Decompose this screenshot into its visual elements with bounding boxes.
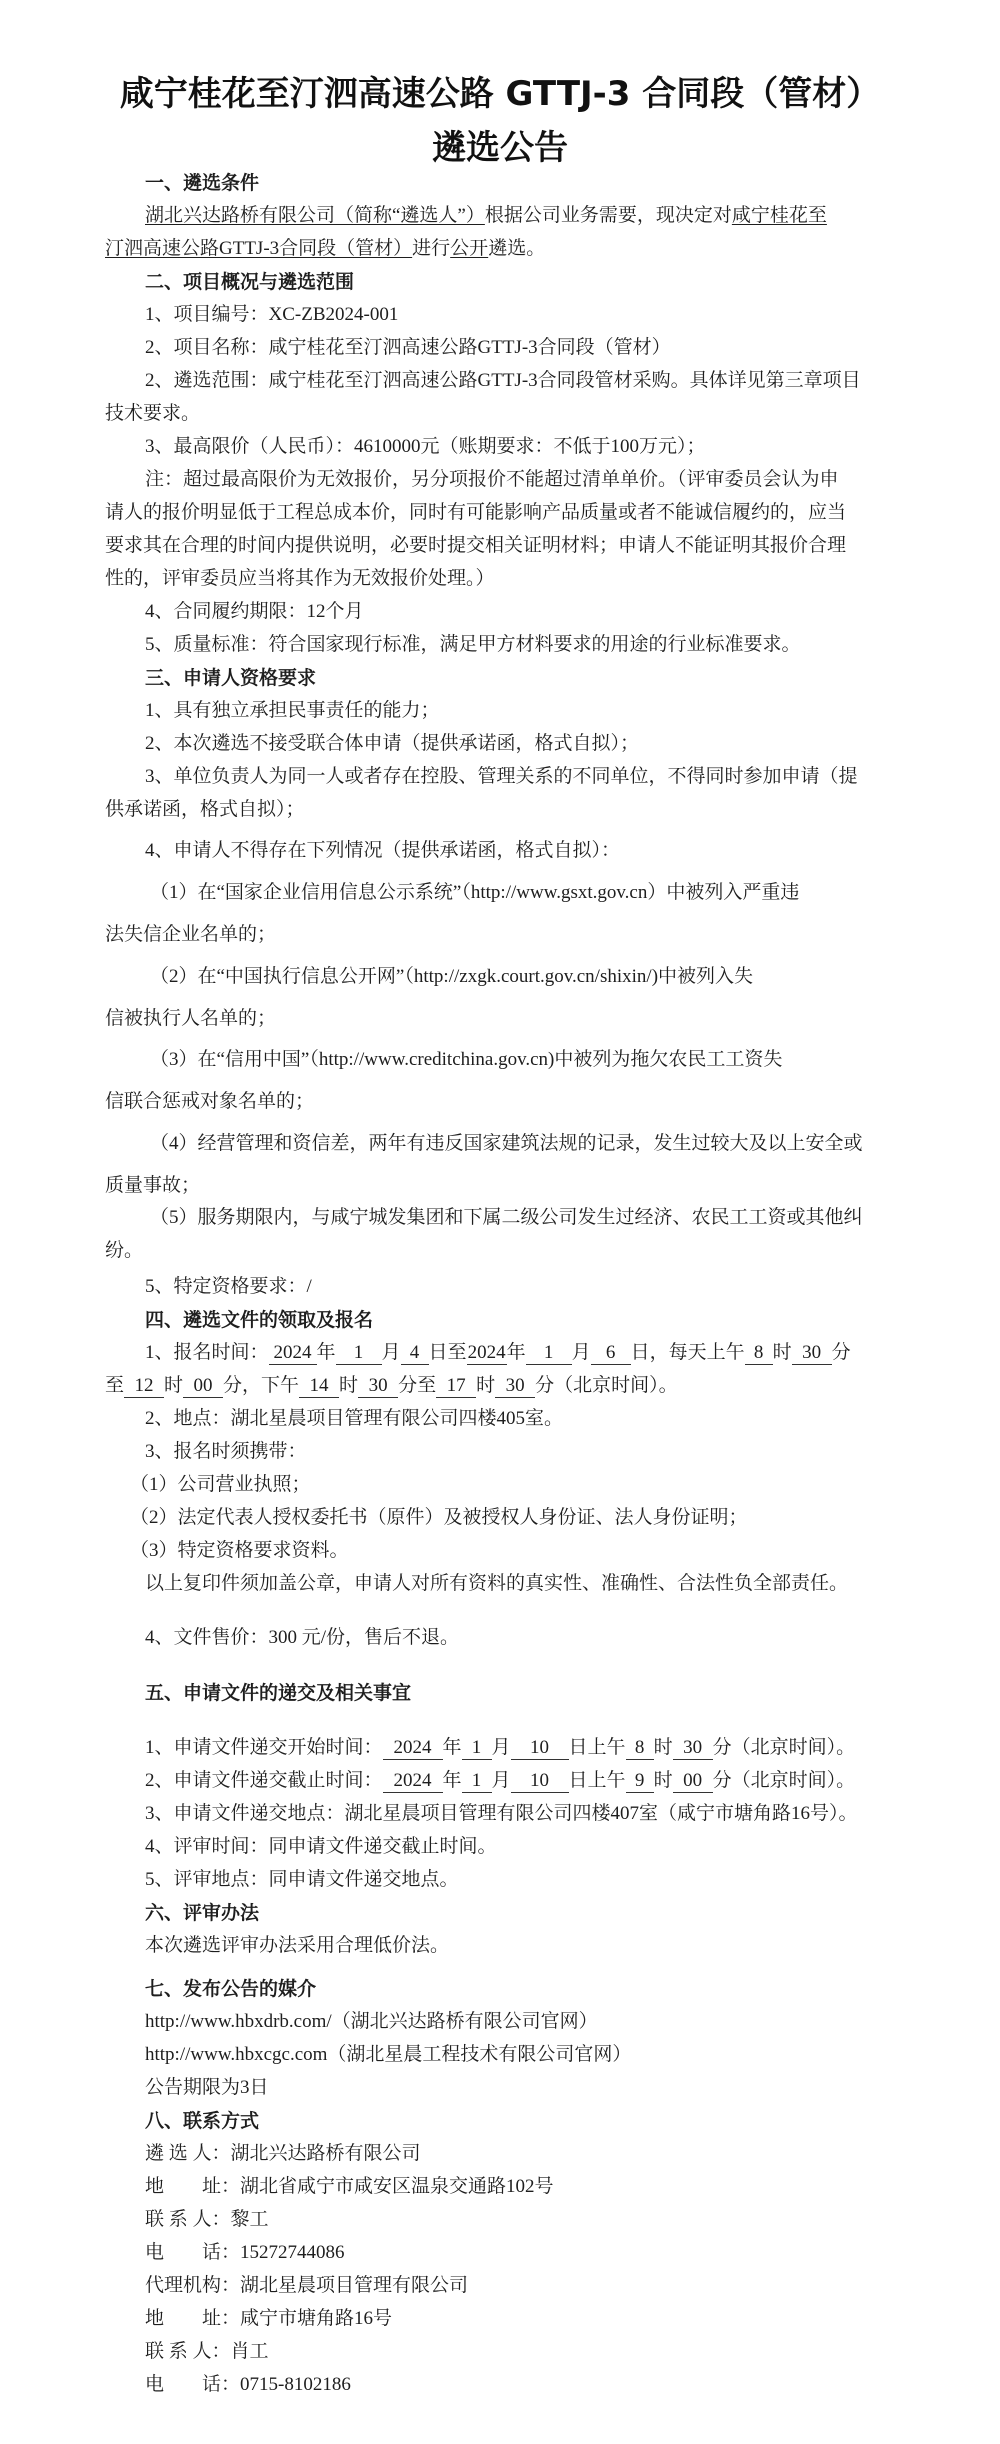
- contact-row: 联 系 人：肖工: [145, 2339, 269, 2365]
- project-name: 2、项目名称：咸宁桂花至汀泗高速公路GTTJ-3合同段（管材）: [145, 335, 671, 361]
- static-text: 月: [572, 1342, 591, 1363]
- reg-start-year: 2024: [269, 1342, 317, 1365]
- static-text: 分（北京时间）。: [713, 1737, 856, 1758]
- section-7-heading: 七、发布公告的媒介: [145, 1976, 316, 2002]
- contact-row: 地 址：湖北省咸宁市咸安区温泉交通路102号: [145, 2174, 554, 2200]
- contact-row: 电 话：15272744086: [145, 2240, 345, 2266]
- static-text: 时: [654, 1737, 673, 1758]
- reg-start-month: 1: [336, 1342, 382, 1365]
- review-location: 5、评审地点：同申请文件递交地点。: [145, 1867, 459, 1893]
- reg-am-start-minute: 30: [792, 1342, 832, 1365]
- review-time: 4、评审时间：同申请文件递交截止时间。: [145, 1834, 497, 1860]
- project-name-part-1: 咸宁桂花至: [732, 205, 827, 226]
- reg-pm-start-hour: 14: [299, 1375, 339, 1398]
- static-text: 时: [773, 1342, 792, 1363]
- static-text: 年: [507, 1342, 526, 1363]
- static-text: 分，下午: [223, 1375, 299, 1396]
- title-line-1: 咸宁桂花至汀泗高速公路 GTTJ-3 合同段（管材）: [0, 66, 1000, 115]
- submission-close-label: 2、申请文件递交截止时间：: [145, 1770, 383, 1791]
- reg-start-day: 4: [401, 1342, 429, 1365]
- static-text: 月: [492, 1770, 511, 1791]
- contact-label: 联 系 人：: [145, 2209, 231, 2230]
- max-price: 3、最高限价（人民币）：4610000元（账期要求：不低于100万元）；: [145, 434, 706, 460]
- qualification-3-line-2: 供承诺函，格式自拟）；: [105, 797, 305, 823]
- section-1-paragraph-line-2: 汀泗高速公路GTTJ-3合同段（管材）进行公开遴选。: [105, 236, 545, 262]
- static-text: 年: [317, 1342, 336, 1363]
- note-line-1: 注：超过最高限价为无效报价，另分项报价不能超过清单单价。（评审委员会认为申: [145, 467, 839, 493]
- contact-value: 15272744086: [240, 2242, 345, 2263]
- selection-scope-line-2: 技术要求。: [105, 401, 200, 427]
- project-name-part-2: 汀泗高速公路GTTJ-3合同段（管材）: [105, 238, 412, 259]
- reg-am-end-hour: 12: [124, 1375, 164, 1398]
- contact-row: 代理机构：湖北星晨项目管理有限公司: [145, 2273, 468, 2299]
- section-8-heading: 八、联系方式: [145, 2108, 259, 2134]
- exclusion-4-line-2: 质量事故；: [105, 1173, 200, 1199]
- special-qualification: 5、特定资格要求：/: [145, 1274, 312, 1300]
- static-text: 分至: [398, 1375, 436, 1396]
- documents-notice: 以上复印件须加盖公章，申请人对所有资料的真实性、准确性、合法性负全部责任。: [145, 1571, 848, 1597]
- selection-scope-line-1: 2、遴选范围：咸宁桂花至汀泗高速公路GTTJ-3合同段管材采购。具体详见第三章项…: [145, 368, 861, 394]
- section-5-heading: 五、申请文件的递交及相关事宜: [145, 1680, 411, 1706]
- required-doc-3: （3）特定资格要求资料。: [130, 1538, 349, 1564]
- reg-pm-end-hour: 17: [436, 1375, 476, 1398]
- exclusion-1-line-1: （1）在“国家企业信用信息公示系统”（http://www.gsxt.gov.c…: [150, 880, 799, 906]
- qualification-2: 2、本次遴选不接受联合体申请（提供承诺函，格式自拟）；: [145, 731, 639, 757]
- static-text: 日上午: [569, 1770, 626, 1791]
- exclusion-5-line-1: （5）服务期限内，与咸宁城发集团和下属二级公司发生过经济、农民工工资或其他纠: [150, 1205, 863, 1231]
- qualification-3-line-1: 3、单位负责人为同一人或者存在控股、管理关系的不同单位，不得同时参加申请（提: [145, 764, 858, 790]
- static-text: 时: [476, 1375, 495, 1396]
- contact-label: 遴 选 人：: [145, 2143, 231, 2164]
- contact-value: 湖北兴达路桥有限公司: [231, 2143, 421, 2164]
- exclusion-5-line-2: 纷。: [105, 1238, 143, 1264]
- contact-row: 联 系 人：黎工: [145, 2207, 269, 2233]
- review-method: 本次遴选评审办法采用合理低价法。: [145, 1933, 449, 1959]
- static-text: 日，每天上午: [631, 1342, 745, 1363]
- registration-label: 1、报名时间：: [145, 1342, 269, 1363]
- media-link-1[interactable]: http://www.hbxdrb.com/（湖北兴达路桥有限公司官网）: [145, 2009, 598, 2035]
- registration-documents-label: 3、报名时须携带：: [145, 1439, 307, 1465]
- title-line-2: 遴选公告: [0, 120, 1000, 169]
- static-text: 时: [339, 1375, 358, 1396]
- contact-value: 湖北省咸宁市咸安区温泉交通路102号: [240, 2176, 554, 2197]
- static-text: 月: [492, 1737, 511, 1758]
- section-2-heading: 二、项目概况与遴选范围: [145, 269, 354, 295]
- exclusion-2-line-2: 信被执行人名单的；: [105, 1006, 276, 1032]
- qualification-1: 1、具有独立承担民事责任的能力；: [145, 698, 440, 724]
- static-text: 月: [382, 1342, 401, 1363]
- static-text: 时: [164, 1375, 183, 1396]
- reg-end-month: 1: [526, 1342, 572, 1365]
- static-text: 根据公司业务需要，现决定对: [485, 205, 732, 226]
- required-doc-2: （2）法定代表人授权委托书（原件）及被授权人身份证、法人身份证明；: [130, 1505, 748, 1531]
- section-1-paragraph-line-1: 湖北兴达路桥有限公司（简称“遴选人”）根据公司业务需要，现决定对咸宁桂花至: [145, 203, 827, 229]
- reg-am-start-hour: 8: [745, 1342, 773, 1365]
- contract-period: 4、合同履约期限：12个月: [145, 599, 364, 625]
- submission-open-label: 1、申请文件递交开始时间：: [145, 1737, 383, 1758]
- static-text: 至: [105, 1375, 124, 1396]
- exclusion-2-line-1: （2）在“中国执行信息公开网”（http://zxgk.court.gov.cn…: [150, 964, 753, 990]
- note-line-3: 要求其在合理的时间内提供说明，必要时提交相关证明材料；申请人不能证明其报价合理: [105, 533, 846, 559]
- registration-time-line-2: 至12时00分，下午14时30分至17时30分（北京时间）。: [105, 1373, 678, 1399]
- notice-period: 公告期限为3日: [145, 2075, 269, 2101]
- reg-pm-start-minute: 30: [358, 1375, 398, 1398]
- project-number: 1、项目编号：XC-ZB2024-001: [145, 302, 398, 328]
- contact-label: 电 话：: [145, 2242, 240, 2263]
- open-month: 1: [462, 1737, 492, 1760]
- open-year: 2024: [383, 1737, 443, 1760]
- submission-open-time: 1、申请文件递交开始时间：2024年1月10日上午8时30分（北京时间）。: [145, 1735, 855, 1761]
- contact-value: 咸宁市塘角路16号: [240, 2308, 392, 2329]
- exclusion-3-line-1: （3）在“信用中国”（http://www.creditchina.gov.cn…: [150, 1047, 782, 1073]
- open-day: 10: [511, 1737, 569, 1760]
- reg-pm-end-minute: 30: [495, 1375, 535, 1398]
- static-text: 年: [443, 1770, 462, 1791]
- contact-label: 地 址：: [145, 2176, 240, 2197]
- static-text: 年: [443, 1737, 462, 1758]
- reg-end-year: 2024: [467, 1342, 507, 1365]
- selection-method: 公开: [450, 238, 488, 259]
- registration-time-line-1: 1、报名时间：2024年1月4日至2024年1月6日，每天上午8时30分: [145, 1340, 851, 1366]
- static-text: 遴选。: [488, 238, 545, 259]
- contact-label: 电 话：: [145, 2374, 240, 2395]
- contact-row: 地 址：咸宁市塘角路16号: [145, 2306, 392, 2332]
- exclusion-1-line-2: 法失信企业名单的；: [105, 922, 276, 948]
- registration-location: 2、地点：湖北星晨项目管理有限公司四楼405室。: [145, 1406, 563, 1432]
- contact-value: 湖北星晨项目管理有限公司: [240, 2275, 468, 2296]
- submission-location: 3、申请文件递交地点：湖北星晨项目管理有限公司四楼407室（咸宁市塘角路16号）…: [145, 1801, 858, 1827]
- contact-value: 黎工: [231, 2209, 269, 2230]
- contact-label: 地 址：: [145, 2308, 240, 2329]
- note-line-4: 性的，评审委员应当将其作为无效报价处理。）: [105, 566, 495, 592]
- section-3-heading: 三、申请人资格要求: [145, 665, 316, 691]
- static-text: 分: [832, 1342, 851, 1363]
- required-doc-1: （1）公司营业执照；: [130, 1472, 311, 1498]
- open-minute: 30: [673, 1737, 713, 1760]
- qualification-4: 4、申请人不得存在下列情况（提供承诺函，格式自拟）：: [145, 838, 620, 864]
- open-hour: 8: [626, 1737, 654, 1760]
- selector-company-name: 湖北兴达路桥有限公司（简称“遴选人”）: [145, 205, 485, 226]
- quality-standard: 5、质量标准：符合国家现行标准，满足甲方材料要求的用途的行业标准要求。: [145, 632, 801, 658]
- section-1-heading: 一、遴选条件: [145, 170, 259, 196]
- exclusion-4-line-1: （4）经营管理和资信差，两年有违反国家建筑法规的记录，发生过较大及以上安全或: [150, 1131, 863, 1157]
- static-text: 进行: [412, 238, 450, 259]
- close-day: 10: [511, 1770, 569, 1793]
- close-hour: 9: [626, 1770, 654, 1793]
- close-minute: 00: [673, 1770, 713, 1793]
- contact-row: 遴 选 人：湖北兴达路桥有限公司: [145, 2141, 421, 2167]
- static-text: 分（北京时间）。: [535, 1375, 678, 1396]
- note-line-2: 请人的报价明显低于工程总成本价，同时有可能影响产品质量或者不能诚信履约的，应当: [105, 500, 846, 526]
- static-text: 时: [654, 1770, 673, 1791]
- close-month: 1: [462, 1770, 492, 1793]
- exclusion-3-line-2: 信联合惩戒对象名单的；: [105, 1089, 314, 1115]
- static-text: 日上午: [569, 1737, 626, 1758]
- contact-value: 0715-8102186: [240, 2374, 351, 2395]
- media-link-2[interactable]: http://www.hbxcgc.com（湖北星晨工程技术有限公司官网）: [145, 2042, 631, 2068]
- reg-am-end-minute: 00: [183, 1375, 223, 1398]
- reg-end-day: 6: [591, 1342, 631, 1365]
- static-text: 分（北京时间）。: [713, 1770, 856, 1791]
- close-year: 2024: [383, 1770, 443, 1793]
- section-6-heading: 六、评审办法: [145, 1900, 259, 1926]
- section-4-heading: 四、遴选文件的领取及报名: [145, 1307, 373, 1333]
- contact-row: 电 话：0715-8102186: [145, 2372, 351, 2398]
- document-price: 4、文件售价：300 元/份，售后不退。: [145, 1625, 459, 1651]
- contact-label: 联 系 人：: [145, 2341, 231, 2362]
- contact-value: 肖工: [231, 2341, 269, 2362]
- static-text: 日至: [429, 1342, 467, 1363]
- submission-close-time: 2、申请文件递交截止时间：2024年1月10日上午9时00分（北京时间）。: [145, 1768, 855, 1794]
- contact-label: 代理机构：: [145, 2275, 240, 2296]
